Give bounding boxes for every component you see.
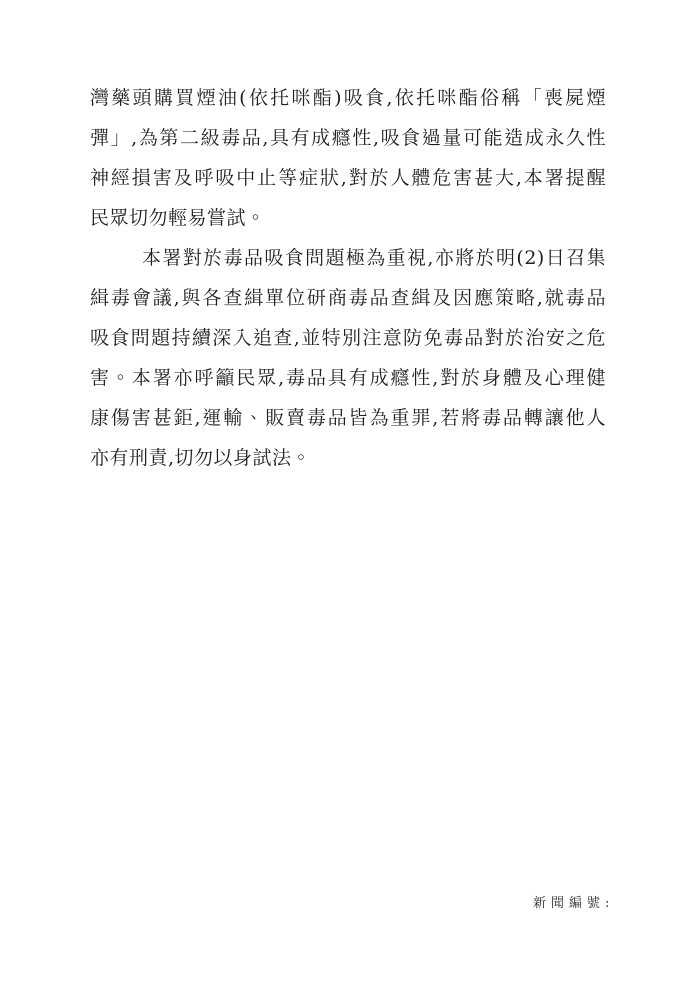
body-text: 灣藥頭購買煙油(依托咪酯)吸食,依托咪酯俗稱「喪屍煙 彈」,為第二級毒品,具有成…	[90, 78, 606, 478]
text-line: 本署對於毒品吸食問題極為重視,亦將於明(2)日召集	[90, 238, 606, 278]
text-line: 亦有刑責,切勿以身試法。	[90, 438, 606, 478]
text-line: 緝毒會議,與各查緝單位研商毒品查緝及因應策略,就毒品	[90, 278, 606, 318]
text-line: 彈」,為第二級毒品,具有成癮性,吸食過量可能造成永久性	[90, 118, 606, 158]
text-line: 民眾切勿輕易嘗試。	[90, 198, 606, 238]
text-line: 害。本署亦呼籲民眾,毒品具有成癮性,對於身體及心理健	[90, 358, 606, 398]
document-page: 灣藥頭購買煙油(依托咪酯)吸食,依托咪酯俗稱「喪屍煙 彈」,為第二級毒品,具有成…	[0, 0, 700, 990]
news-number-label: 新聞編號:	[533, 893, 614, 915]
paragraph-1: 灣藥頭購買煙油(依托咪酯)吸食,依托咪酯俗稱「喪屍煙 彈」,為第二級毒品,具有成…	[90, 78, 606, 238]
text-line: 灣藥頭購買煙油(依托咪酯)吸食,依托咪酯俗稱「喪屍煙	[90, 78, 606, 118]
paragraph-2: 本署對於毒品吸食問題極為重視,亦將於明(2)日召集 緝毒會議,與各查緝單位研商毒…	[90, 238, 606, 478]
text-line: 康傷害甚鉅,運輸、販賣毒品皆為重罪,若將毒品轉讓他人	[90, 398, 606, 438]
text-line: 吸食問題持續深入追查,並特別注意防免毒品對於治安之危	[90, 318, 606, 358]
text-line: 神經損害及呼吸中止等症狀,對於人體危害甚大,本署提醒	[90, 158, 606, 198]
